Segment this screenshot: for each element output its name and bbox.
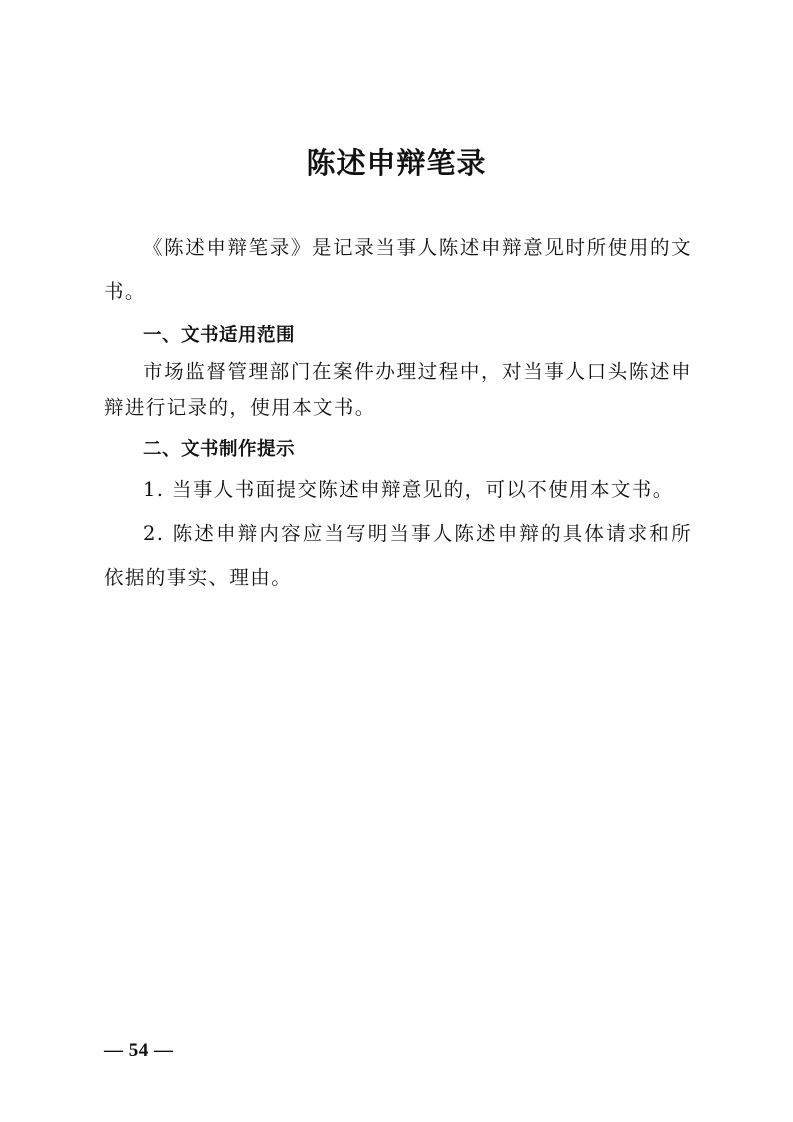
section-paragraph: 市场监督管理部门在案件办理过程中，对当事人口头陈述申辩进行记录的，使用本文书。: [104, 354, 692, 426]
section-scope: 一、文书适用范围 市场监督管理部门在案件办理过程中，对当事人口头陈述申辩进行记录…: [104, 318, 692, 426]
section-heading: 一、文书适用范围: [104, 318, 692, 354]
page-number: — 54 —: [104, 1040, 174, 1062]
section-heading: 二、文书制作提示: [104, 432, 692, 468]
section-tips: 二、文书制作提示 1. 当事人书面提交陈述申辩意见的，可以不使用本文书。 2. …: [104, 432, 692, 600]
section-paragraph: 1. 当事人书面提交陈述申辩意见的，可以不使用本文书。: [104, 468, 692, 512]
document-body: 《陈述申辩笔录》是记录当事人陈述申辩意见时所使用的文书。 一、文书适用范围 市场…: [104, 226, 692, 600]
page-title: 陈述申辩笔录: [0, 141, 793, 182]
intro-paragraph: 《陈述申辩笔录》是记录当事人陈述申辩意见时所使用的文书。: [104, 226, 692, 314]
section-paragraph: 2. 陈述申辩内容应当写明当事人陈述申辩的具体请求和所依据的事实、理由。: [104, 512, 692, 600]
